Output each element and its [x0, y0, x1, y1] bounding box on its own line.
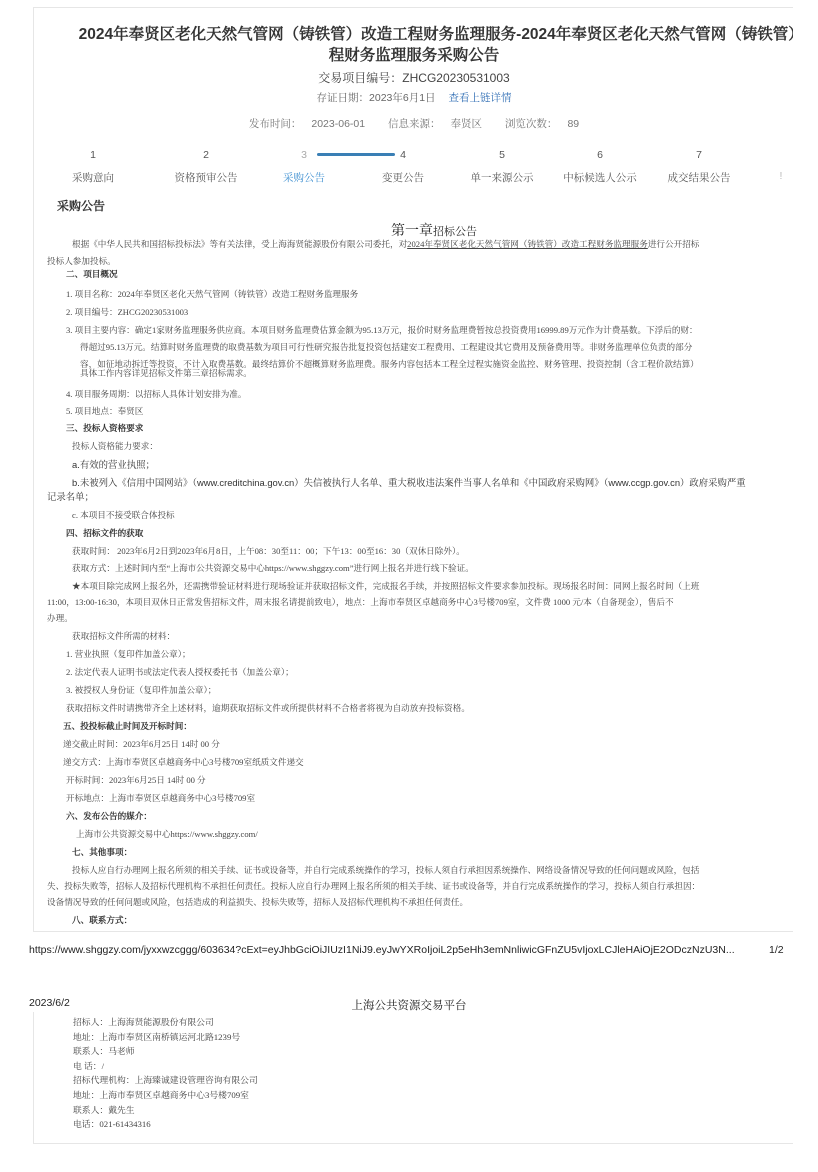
section-7-heading: 七、其他事项： [72, 844, 132, 861]
section-8-heading: 八、联系方式： [72, 912, 132, 929]
step-purchase-intent[interactable]: 1 采购意向 [38, 146, 148, 185]
step-single-source[interactable]: 5 单一来源公示 [447, 146, 557, 185]
view-chain-details-link[interactable]: 查看上链详情 [448, 92, 511, 104]
agency-contact: 联系人：戴先生 [73, 1103, 258, 1118]
page-title: 2024年奉贤区老化天然气管网（铸铁管）改造工程财务监理服务-2024年奉贤区老… [34, 24, 793, 66]
tenderer-phone: 电 话：/ [73, 1059, 258, 1074]
publish-date: 发布时间：2023-06-01 [244, 118, 370, 130]
agency-phone: 电话：021-61434316 [73, 1117, 258, 1132]
page-number: 1/2 [769, 944, 784, 956]
section-2-heading: 二、项目概况 [66, 266, 118, 283]
agency-address: 地址：上海市奉贤区卓越商务中心3号楼709室 [73, 1088, 258, 1103]
view-count: 浏览次数：89 [500, 118, 584, 130]
page-url[interactable]: https://www.shggzy.com/jyxxwzcggg/603634… [29, 944, 735, 956]
title-line-2: 程财务监理服务采购公告 [34, 45, 793, 66]
cert-date: 存证日期：2023年6月1日 查看上链详情 [34, 90, 793, 105]
tenderer-contact: 联系人：马老师 [73, 1044, 258, 1059]
publish-info: 发布时间：2023-06-01 信息来源：奉贤区 浏览次数：89 [34, 116, 793, 131]
section-3-heading: 三、投标人资格要求 [66, 420, 143, 437]
step-winning-candidate[interactable]: 6 中标候选人公示 [545, 146, 655, 185]
project-link[interactable]: 2024年奉贤区老化天然气管网（铸铁管）改造工程财务监理服务 [407, 239, 648, 249]
trade-number: 交易项目编号：ZHCG20230531003 [34, 69, 793, 86]
info-source: 信息来源：奉贤区 [383, 118, 487, 130]
step-change-notice[interactable]: 4 变更公告 [348, 146, 458, 185]
tenderer-address: 地址：上海市奉贤区南桥镇运河北路1239号 [73, 1030, 258, 1045]
page-2: 招标人：上海海贤能源股份有限公司 地址：上海市奉贤区南桥镇运河北路1239号 联… [33, 1012, 793, 1144]
step-more[interactable]: ! [726, 146, 793, 182]
print-footer: https://www.shggzy.com/jyxxwzcggg/603634… [29, 944, 818, 956]
process-steps: 1 采购意向 2 资格预审公告 3 采购公告 4 变更公告 5 单一来源公示 6… [34, 146, 793, 191]
section-heading: 采购公告 [57, 197, 105, 214]
step-purchase-notice[interactable]: 3 采购公告 [249, 146, 359, 185]
section-5-heading: 五、投投标截止时间及开标时间： [63, 718, 192, 735]
title-line-1: 2024年奉贤区老化天然气管网（铸铁管）改造工程财务监理服务-2024年奉贤区老… [34, 24, 793, 45]
section-4-heading: 四、招标文件的获取 [66, 525, 143, 542]
intro-paragraph: 根据《中华人民共和国招标投标法》等有关法律，受上海海贤能源股份有限公司委托，对2… [72, 236, 699, 253]
section-6-heading: 六、发布公告的媒介： [66, 808, 152, 825]
agency: 招标代理机构：上海臻诚建设管理咨询有限公司 [73, 1073, 258, 1088]
media-link[interactable]: 上海市公共资源交易中心https://www.shggzy.com/ [76, 826, 258, 843]
contact-info: 招标人：上海海贤能源股份有限公司 地址：上海市奉贤区南桥镇运河北路1239号 联… [73, 1015, 258, 1132]
step-prequalification[interactable]: 2 资格预审公告 [151, 146, 261, 185]
print-site-title: 上海公共资源交易平台 [0, 997, 818, 1013]
active-step-indicator [317, 153, 395, 156]
tenderer: 招标人：上海海贤能源股份有限公司 [73, 1015, 258, 1030]
